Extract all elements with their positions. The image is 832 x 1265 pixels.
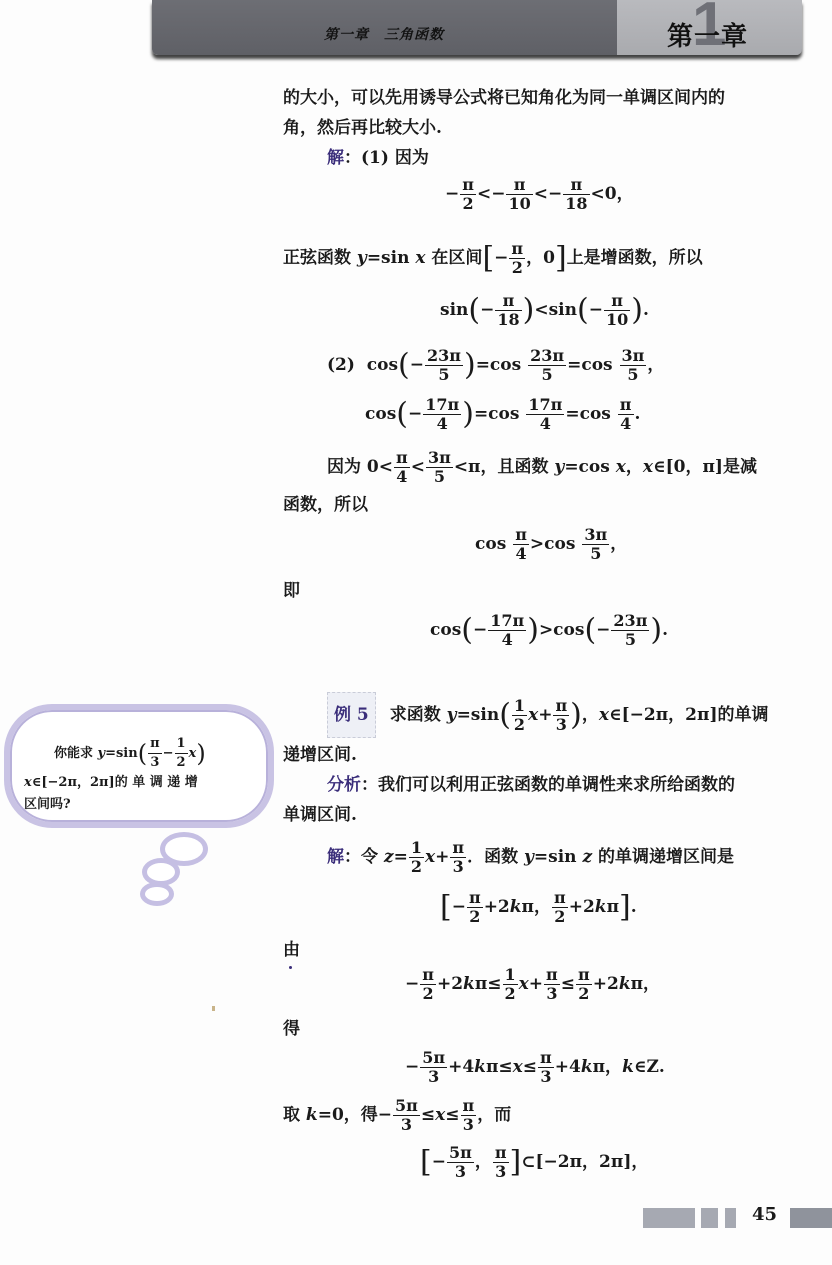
- equation-interval: [−π2+2kπ，π2+2kπ].: [440, 885, 637, 929]
- equation-result2: cos π4>cos 3π5，: [475, 522, 627, 566]
- de-word: 得: [283, 1016, 803, 1042]
- equation-cos-line2: cos(−17π4)=cos 17π4=cos π4.: [365, 392, 640, 436]
- example-label: 例 5: [327, 692, 376, 738]
- paragraph-line: 函数，所以: [283, 492, 803, 518]
- ink-dot: [289, 966, 292, 969]
- page-bar-segment: [790, 1208, 832, 1228]
- because-line: 因为 0<π4<3π5<π，且函数 y=cos x，x∈[0，π]是减: [327, 445, 757, 489]
- solution-heading: 解：(1) 因为: [327, 145, 832, 171]
- chapter-header-bar: 1 第一章 三角函数 第一章: [152, 0, 802, 55]
- paragraph-line: 递增区间.: [283, 742, 803, 768]
- take-k-line: 取 k=0，得−5π3≤x≤π3，而: [283, 1093, 511, 1137]
- equation-subset: [−5π3，π3]⊂[−2π，2π]，: [420, 1140, 648, 1184]
- page-bar-segment: [725, 1208, 736, 1228]
- equation-cos-line1: (2) cos(−23π5)=cos 23π5=cos 3π5，: [327, 343, 664, 387]
- solution-line: 解：令 z=12x+π3．函数 y=sin z 的单调递增区间是: [327, 835, 734, 879]
- equation-result1: sin(−π18)<sin(−π10).: [440, 288, 649, 332]
- equation-ineq2: −5π3+4kπ≤x≤π3+4kπ，k∈Z.: [405, 1045, 665, 1089]
- ji-word: 即: [283, 578, 803, 604]
- paragraph-line: 正弦函数 y=sin x 在区间[−π2，0]上是增函数，所以: [283, 240, 803, 277]
- analysis-label: 分析: [327, 775, 361, 795]
- example5-question: 例 5求函数 y=sin(12x+π3)，x∈[−2π，2π]的单调: [327, 692, 769, 738]
- margin-speck: [212, 1006, 215, 1011]
- thought-bubble-text: 你能求 y=sin(π3−12x) x∈[−2π，2π]的 单 调 递 增 区间…: [24, 735, 254, 816]
- page-number: 45: [752, 1204, 777, 1225]
- page-bar-segment: [643, 1208, 695, 1228]
- bubble-puff: [140, 882, 174, 906]
- you-word: 由: [283, 937, 803, 963]
- paragraph-line: 的大小，可以先用诱导公式将已知角化为同一单调区间内的: [283, 85, 803, 111]
- running-title: 第一章 三角函数: [324, 24, 444, 44]
- paragraph-line: 角，然后再比较大小.: [283, 115, 803, 141]
- solution-label: 解: [327, 148, 344, 168]
- analysis-line: 分析：我们可以利用正弦函数的单调性来求所给函数的: [327, 772, 832, 798]
- equation-ineq1: −π2<−π10<−π18<0，: [445, 172, 634, 216]
- paragraph-line: 单调区间.: [283, 802, 803, 828]
- chapter-label: 第一章: [667, 16, 748, 53]
- equation-result3: cos(−17π4)>cos(−23π5).: [430, 608, 668, 652]
- page-bar-segment: [701, 1208, 718, 1228]
- part1-intro: ：(1) 因为: [344, 148, 429, 168]
- equation-ineq: −π2+2kπ≤12x+π3≤π2+2kπ，: [405, 962, 660, 1006]
